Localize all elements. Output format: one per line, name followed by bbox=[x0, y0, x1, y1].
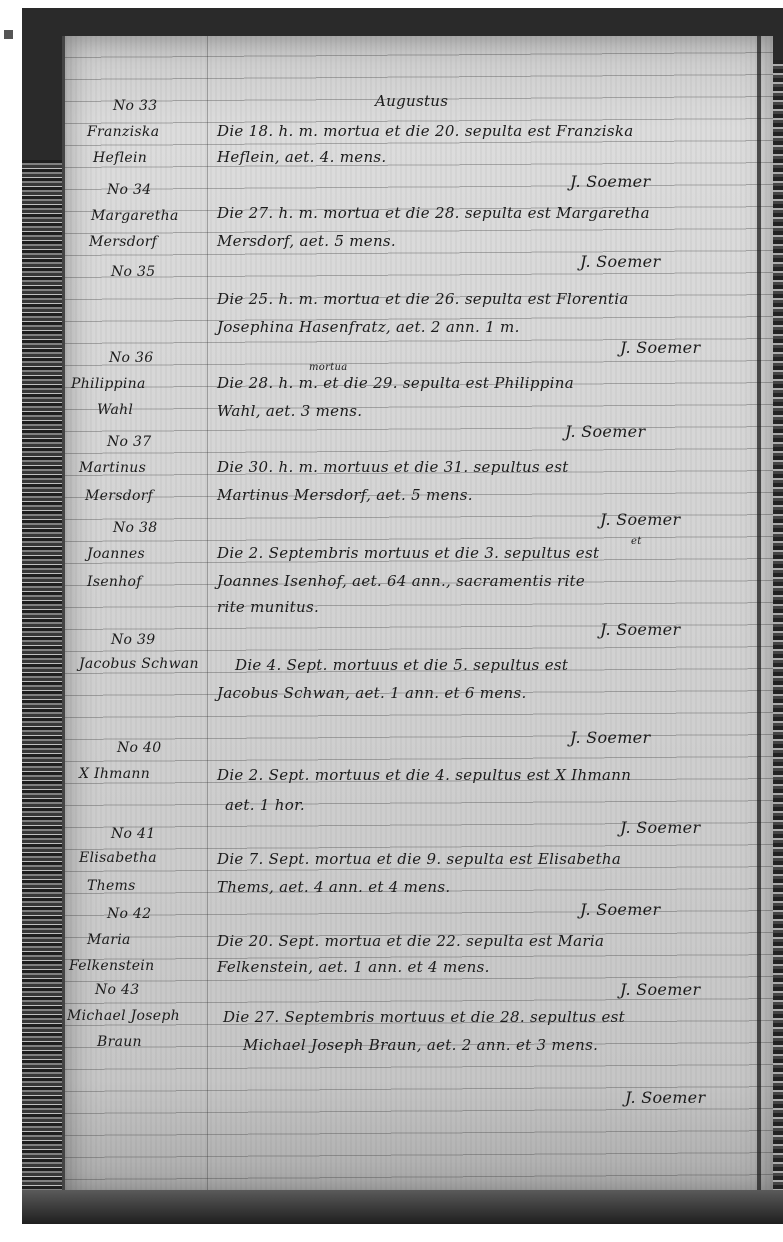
entry-number: No 37 bbox=[107, 434, 151, 450]
margin-name: X Ihmann bbox=[79, 766, 150, 782]
entry-line: Die 18. h. m. mortua et die 20. sepulta … bbox=[217, 122, 633, 140]
signature: J. Soemer bbox=[600, 510, 680, 529]
entry-line: Die 30. h. m. mortuus et die 31. sepultu… bbox=[217, 458, 569, 476]
entry-number: No 33 bbox=[113, 98, 157, 114]
insertion: et bbox=[631, 536, 642, 547]
signature: J. Soemer bbox=[580, 252, 660, 271]
right-binding-rule bbox=[757, 36, 761, 1196]
margin-name: Jacobus Schwan bbox=[79, 656, 199, 672]
entry-line: Jacobus Schwan, aet. 1 ann. et 6 mens. bbox=[217, 684, 527, 702]
signature: J. Soemer bbox=[620, 980, 700, 999]
scan-artifact-right bbox=[773, 60, 783, 1190]
entry-number: No 34 bbox=[107, 182, 151, 198]
entry-line: Martinus Mersdorf, aet. 5 mens. bbox=[217, 486, 473, 504]
entry-line: Wahl, aet. 3 mens. bbox=[217, 402, 362, 420]
margin-name: Mersdorf bbox=[89, 234, 157, 250]
entry-line: Joannes Isenhof, aet. 64 ann., sacrament… bbox=[217, 572, 585, 590]
signature: J. Soemer bbox=[620, 338, 700, 357]
margin-name: Isenhof bbox=[87, 574, 142, 590]
scan-artifact-left bbox=[22, 160, 62, 1210]
entry-number: No 40 bbox=[117, 740, 161, 756]
entry-line: Die 20. Sept. mortua et die 22. sepulta … bbox=[217, 932, 604, 950]
margin-name: Felkenstein bbox=[69, 958, 154, 974]
entry-line: rite munitus. bbox=[217, 598, 319, 616]
scan-corner-mark bbox=[4, 30, 13, 39]
margin-name: Mersdorf bbox=[85, 488, 153, 504]
margin-name: Maria bbox=[87, 932, 131, 948]
entry-line: aet. 1 hor. bbox=[225, 796, 305, 814]
entry-line: Die 28. h. m. et die 29. sepulta est Phi… bbox=[217, 374, 574, 392]
margin-name: Heflein bbox=[93, 150, 147, 166]
entry-number: No 42 bbox=[107, 906, 151, 922]
entry-line: Die 7. Sept. mortua et die 9. sepulta es… bbox=[217, 850, 621, 868]
entry-number: No 36 bbox=[109, 350, 153, 366]
insertion: mortua bbox=[309, 362, 348, 373]
entry-line: Thems, aet. 4 ann. et 4 mens. bbox=[217, 878, 450, 896]
entry-line: Felkenstein, aet. 1 ann. et 4 mens. bbox=[217, 958, 490, 976]
signature: J. Soemer bbox=[580, 900, 660, 919]
entry-number: No 38 bbox=[113, 520, 157, 536]
entry-line: Die 2. Sept. mortuus et die 4. sepultus … bbox=[217, 766, 631, 784]
entry-line: Die 4. Sept. mortuus et die 5. sepultus … bbox=[235, 656, 568, 674]
month-heading: Augustus bbox=[375, 92, 448, 110]
signature: J. Soemer bbox=[570, 172, 650, 191]
margin-name: Martinus bbox=[79, 460, 146, 476]
entry-line: Josephina Hasenfratz, aet. 2 ann. 1 m. bbox=[217, 318, 520, 336]
margin-name: Elisabetha bbox=[79, 850, 157, 866]
entry-line: Die 27. h. m. mortua et die 28. sepulta … bbox=[217, 204, 650, 222]
margin-name: Philippina bbox=[71, 376, 146, 392]
final-signature: J. Soemer bbox=[625, 1088, 705, 1107]
entry-line: Mersdorf, aet. 5 mens. bbox=[217, 232, 396, 250]
signature: J. Soemer bbox=[600, 620, 680, 639]
margin-name: Michael Joseph bbox=[67, 1008, 180, 1024]
entry-number: No 41 bbox=[111, 826, 155, 842]
register-page: Augustus No 33 Franziska Heflein Die 18.… bbox=[62, 36, 773, 1196]
entry-number: No 43 bbox=[95, 982, 139, 998]
entry-line: Die 25. h. m. mortua et die 26. sepulta … bbox=[217, 290, 629, 308]
entry-number: No 39 bbox=[111, 632, 155, 648]
signature: J. Soemer bbox=[570, 728, 650, 747]
entry-number: No 35 bbox=[111, 264, 155, 280]
margin-name: Joannes bbox=[87, 546, 145, 562]
entry-line: Heflein, aet. 4. mens. bbox=[217, 148, 386, 166]
signature: J. Soemer bbox=[565, 422, 645, 441]
margin-rule bbox=[207, 36, 208, 1196]
margin-name: Braun bbox=[97, 1034, 142, 1050]
margin-name: Franziska bbox=[87, 124, 159, 140]
margin-name: Wahl bbox=[97, 402, 133, 418]
margin-name: Thems bbox=[87, 878, 136, 894]
entry-line: Michael Joseph Braun, aet. 2 ann. et 3 m… bbox=[243, 1036, 598, 1054]
signature: J. Soemer bbox=[620, 818, 700, 837]
entry-line: Die 2. Septembris mortuus et die 3. sepu… bbox=[217, 544, 599, 562]
scan-bottom-edge bbox=[22, 1190, 783, 1224]
margin-name: Margaretha bbox=[91, 208, 179, 224]
entry-line: Die 27. Septembris mortuus et die 28. se… bbox=[223, 1008, 625, 1026]
